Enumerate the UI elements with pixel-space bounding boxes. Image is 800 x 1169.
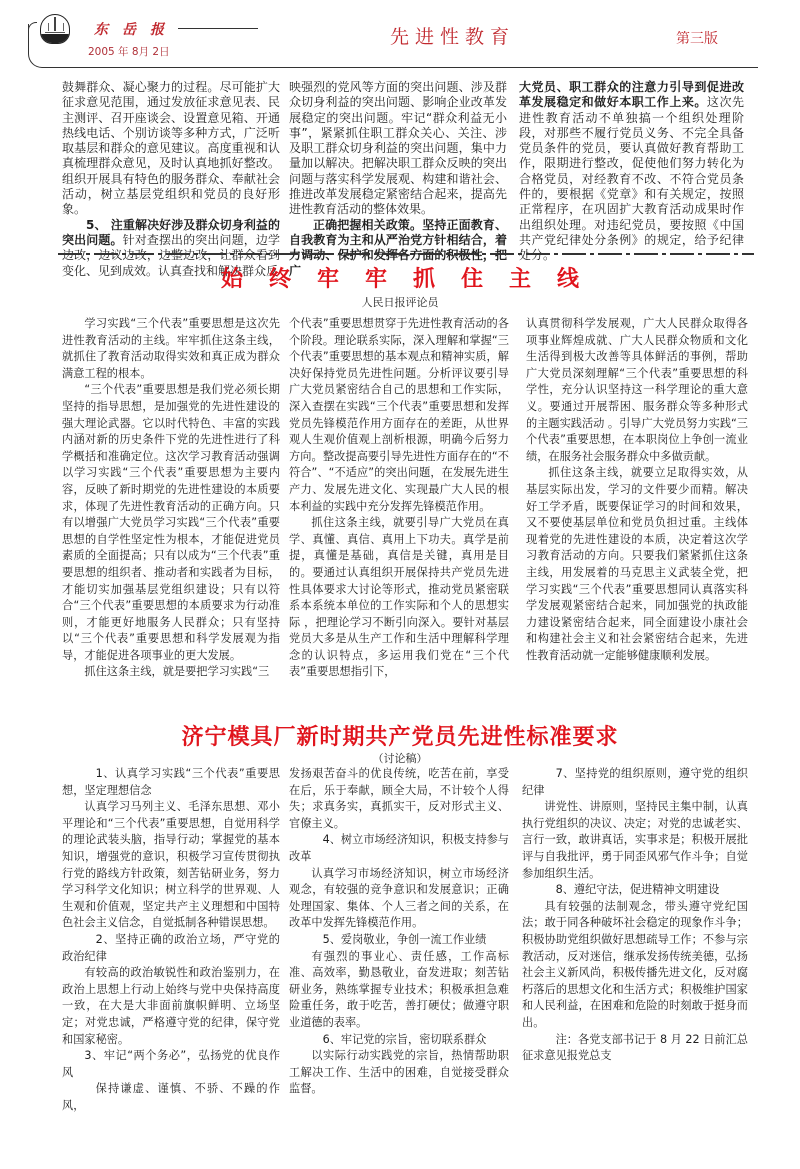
paragraph: 有较高的政治敏锐性和政治鉴别力，在政治上思想上行动上始终与党中央保持高度一致，在… bbox=[62, 965, 280, 1048]
article-2-byline: （讨论稿） bbox=[0, 750, 800, 766]
issue-date: 2005 年 8月 2日 bbox=[88, 44, 170, 59]
paragraph: 个代表”重要思想贯穿于先进性教育活动的各个阶段。理论联系实际，深入理解和掌握“三… bbox=[289, 316, 509, 515]
emblem-tower-shape bbox=[45, 19, 65, 33]
section-heading: 5、爱岗敬业，争创一流工作业绩 bbox=[289, 932, 509, 949]
paragraph: 发扬艰苦奋斗的优良传统，吃苦在前，享受在后，乐于奉献，顾全大局，不计较个人得失；… bbox=[289, 766, 509, 832]
paragraph: 以实际行动实践党的宗旨，热情帮助职工解决工作、生活中的困难，自觉接受群众监督。 bbox=[289, 1048, 509, 1098]
paragraph: 鼓舞群众、凝心聚力的过程。尽可能扩大征求意见范围，通过发放征求意见表、民主测评、… bbox=[62, 80, 280, 218]
paragraph: 具有较强的法制观念，带头遵守党纪国法；敢于同各种破坏社会稳定的现象作斗争；积极协… bbox=[522, 899, 748, 1032]
article-1-column-3: 认真贯彻科学发展观，广大人民群众取得各项事业辉煌成就、广大人民群众物质和文化生活… bbox=[526, 316, 748, 664]
section-heading: 6、牢记党的宗旨，密切联系群众 bbox=[289, 1032, 509, 1049]
paragraph: “三个代表”重要思想是我们党必须长期坚持的指导思想，是加强党的先进性建设的强大理… bbox=[62, 382, 280, 664]
paragraph: 抓住这条主线，就要引导广大党员在真学、真懂、真信、真用上下功夫。真学是前提，真懂… bbox=[289, 515, 509, 681]
section-divider bbox=[58, 253, 754, 255]
paragraph: 映强烈的党风等方面的突出问题、涉及群众切身利益的突出问题、影响企业改革发展稳定的… bbox=[289, 80, 507, 218]
note: 注：各党支部书记于 8 月 22 日前汇总征求意见报党总支 bbox=[522, 1032, 748, 1065]
article-2-headline: 济宁模具厂新时期共产党员先进性标准要求 bbox=[0, 720, 800, 751]
masthead-rule bbox=[178, 28, 258, 29]
paragraph: 抓住这条主线，就要立足取得实效，从基层实际出发，学习的文件要少而精。解决好工学矛… bbox=[526, 465, 748, 664]
section-heading: 1、认真学习实践“三个代表”重要思想，坚定理想信念 bbox=[62, 766, 280, 799]
paragraph: 讲党性、讲原则，坚持民主集中制，认真执行党组织的决议、决定；对党的忠诚老实、言行… bbox=[522, 799, 748, 882]
newspaper-emblem-icon bbox=[40, 14, 70, 44]
article-1-column-1: 学习实践“三个代表”重要思想是这次先进性教育活动的主线。牢牢抓住这条主线，就抓住… bbox=[62, 316, 280, 681]
paragraph-text: 这次先进性教育活动不单独搞一个组织处理阶段，对那些不履行党员义务、不完全具备党员… bbox=[519, 95, 744, 262]
page-label: 第三版 bbox=[676, 28, 718, 48]
paragraph: 大党员、职工群众的注意力引导到促进改革发展稳定和做好本职工作上来。这次先进性教育… bbox=[519, 80, 744, 264]
top-article-column-2: 映强烈的党风等方面的突出问题、涉及群众切身利益的突出问题、影响企业改革发展稳定的… bbox=[289, 80, 507, 279]
section-heading: 8、遵纪守法，促进精神文明建设 bbox=[522, 882, 748, 899]
article-1-column-2: 个代表”重要思想贯穿于先进性教育活动的各个阶段。理论联系实际，深入理解和掌握“三… bbox=[289, 316, 509, 681]
paragraph: 认真学习马列主义、毛泽东思想、邓小平理论和“三个代表”重要思想，自觉用科学的理论… bbox=[62, 799, 280, 932]
section-heading: 2、坚持正确的政治立场，严守党的政治纪律 bbox=[62, 932, 280, 965]
paper-name: 东岳报 bbox=[94, 19, 178, 39]
section-title: 先进性教育 bbox=[390, 22, 515, 49]
section-heading: 7、坚持党的组织原则，遵守党的组织纪律 bbox=[522, 766, 748, 799]
paragraph: 抓住这条主线，就是要把学习实践“三 bbox=[62, 664, 280, 681]
paragraph: 学习实践“三个代表”重要思想是这次先进性教育活动的主线。牢牢抓住这条主线，就抓住… bbox=[62, 316, 280, 382]
article-2-column-1: 1、认真学习实践“三个代表”重要思想，坚定理想信念 认真学习马列主义、毛泽东思想… bbox=[62, 766, 280, 1114]
paragraph: 保持谦虚、谨慎、不骄、不躁的作风， bbox=[62, 1081, 280, 1114]
section-heading: 3、牢记“两个务必”，弘扬党的优良作风 bbox=[62, 1048, 280, 1081]
article-1-byline: 人民日报评论员 bbox=[0, 294, 800, 310]
section-heading: 4、树立市场经济知识，积极支持参与改革 bbox=[289, 832, 509, 865]
top-article-column-1: 鼓舞群众、凝心聚力的过程。尽可能扩大征求意见范围，通过发放征求意见表、民主测评、… bbox=[62, 80, 280, 279]
article-2-column-3: 7、坚持党的组织原则，遵守党的组织纪律 讲党性、讲原则，坚持民主集中制，认真执行… bbox=[522, 766, 748, 1065]
emblem-band bbox=[41, 34, 69, 43]
paragraph: 有强烈的事业心、责任感，工作高标准、高效率，勤恳敬业，奋发进取；刻苦钻研业务，熟… bbox=[289, 949, 509, 1032]
paragraph: 认真贯彻科学发展观，广大人民群众取得各项事业辉煌成就、广大人民群众物质和文化生活… bbox=[526, 316, 748, 465]
top-article-column-3: 大党员、职工群众的注意力引导到促进改革发展稳定和做好本职工作上来。这次先进性教育… bbox=[519, 80, 744, 264]
paragraph: 认真学习市场经济知识，树立市场经济观念，有较强的竞争意识和发展意识；正确处理国家… bbox=[289, 866, 509, 932]
masthead: 东岳报 2005 年 8月 2日 先进性教育 第三版 bbox=[28, 14, 768, 68]
article-1-headline: 始终牢牢抓住主线 bbox=[0, 262, 800, 293]
article-2-column-2: 发扬艰苦奋斗的优良传统，吃苦在前，享受在后，乐于奉献，顾全大局，不计较个人得失；… bbox=[289, 766, 509, 1098]
